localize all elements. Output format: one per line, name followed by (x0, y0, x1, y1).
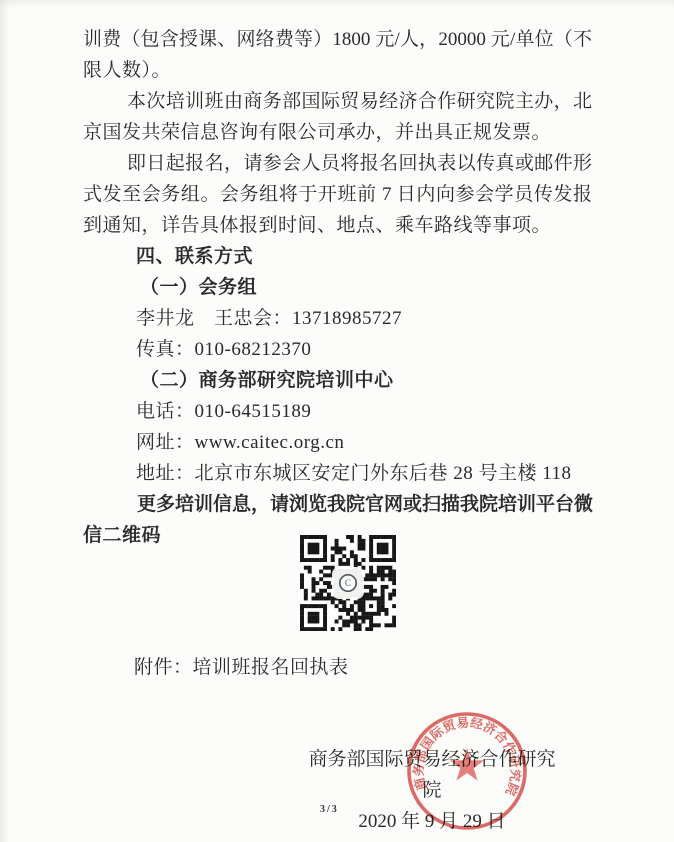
page-number: 3/3 (320, 804, 339, 815)
doc-line: （二）商务部研究院培训中心 (140, 365, 592, 396)
caitec-logo-icon: C (337, 572, 359, 594)
doc-line: 训费（包含授课、网络费等）1800 元/人，20000 元/单位（不 (83, 24, 592, 55)
qr-code: C (300, 535, 396, 631)
doc-line: 电话：010-64515189 (136, 396, 592, 427)
doc-line: 京国发共荣信息咨询有限公司承办，并出具正规发票。 (83, 117, 592, 148)
attachment-note: 附件：培训班报名回执表 (134, 652, 349, 679)
doc-line: 李井龙 王忠会：13718985727 (136, 303, 592, 334)
signature-date: 2020 年 9 月 29 日 (303, 806, 561, 837)
doc-line: 即日起报名，请参会人员将报名回执表以传真或邮件形 (127, 148, 592, 179)
svg-text:C: C (345, 578, 351, 588)
doc-line: 传真：010-68212370 (136, 334, 592, 365)
doc-line: 地址：北京市东城区安定门外东后巷 28 号主楼 118 (136, 458, 592, 489)
doc-line: 本次培训班由商务部国际贸易经济合作研究院主办，北 (127, 86, 592, 117)
signature-block: 商务部国际贸易经济合作研究院 2020 年 9 月 29 日 (303, 744, 561, 837)
doc-line: 网址：www.caitec.org.cn (136, 427, 592, 458)
scanned-document-page: 训费（包含授课、网络费等）1800 元/人，20000 元/单位（不限人数）。本… (0, 0, 674, 842)
qr-center-logo: C (334, 569, 362, 597)
doc-line: 四、联系方式 (136, 241, 592, 272)
doc-line: 到通知，详告具体报到时间、地点、乘车路线等事项。 (83, 210, 592, 241)
doc-line: 式发至会务组。会务组将于开班前 7 日内向参会学员传发报 (83, 179, 592, 210)
signature-organization: 商务部国际贸易经济合作研究院 (303, 744, 561, 806)
doc-line: （一）会务组 (140, 272, 592, 303)
doc-line: 限人数）。 (83, 55, 592, 86)
document-body: 训费（包含授课、网络费等）1800 元/人，20000 元/单位（不限人数）。本… (83, 24, 592, 551)
doc-line: 更多培训信息，请浏览我院官网或扫描我院培训平台微 (137, 489, 592, 520)
